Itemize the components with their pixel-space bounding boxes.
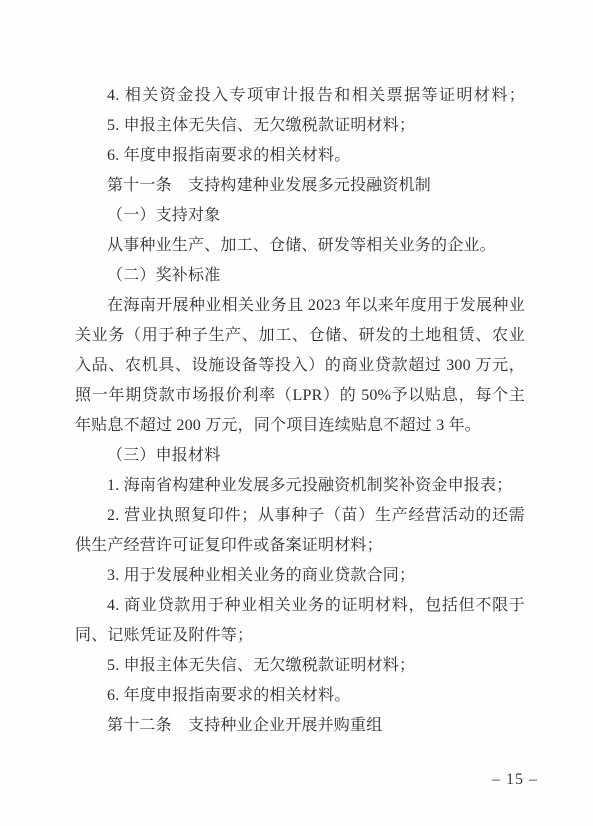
document-line: 同、记账凭证及附件等； bbox=[75, 621, 525, 651]
document-line: 在海南开展种业相关业务且 2023 年以来年度用于发展种业相 bbox=[75, 291, 525, 321]
subsection-1-heading: （一）支持对象 bbox=[75, 201, 525, 231]
document-line: 4. 相关资金投入专项审计报告和相关票据等证明材料； bbox=[75, 81, 525, 111]
document-line: 关业务（用于种子生产、加工、仓储、研发的土地租赁、农业投 bbox=[75, 321, 525, 351]
document-line: 4. 商业贷款用于种业相关业务的证明材料，包括但不限于合 bbox=[75, 591, 525, 621]
document-line: 2. 营业执照复印件；从事种子（苗）生产经营活动的还需提 bbox=[75, 501, 525, 531]
page-number: – 15 – bbox=[492, 771, 538, 789]
document-line: 5. 申报主体无失信、无欠缴税款证明材料； bbox=[75, 651, 525, 681]
document-line: 照一年期贷款市场报价利率（LPR）的 50%予以贴息，每个主体每 bbox=[75, 381, 525, 411]
subsection-2-heading: （二）奖补标准 bbox=[75, 261, 525, 291]
subsection-3-heading: （三）申报材料 bbox=[75, 441, 525, 471]
document-line: 3. 用于发展种业相关业务的商业贷款合同； bbox=[75, 561, 525, 591]
document-line: 入品、农机具、设施设备等投入）的商业贷款超过 300 万元，按 bbox=[75, 351, 525, 381]
document-line: 供生产经营许可证复印件或备案证明材料； bbox=[75, 531, 525, 561]
document-line: 年贴息不超过 200 万元，同个项目连续贴息不超过 3 年。 bbox=[75, 411, 525, 441]
document-text-block: 4. 相关资金投入专项审计报告和相关票据等证明材料； 5. 申报主体无失信、无欠… bbox=[75, 81, 525, 741]
document-line: 6. 年度申报指南要求的相关材料。 bbox=[75, 141, 525, 171]
article-11-heading: 第十一条 支持构建种业发展多元投融资机制 bbox=[75, 171, 525, 201]
document-line: 6. 年度申报指南要求的相关材料。 bbox=[75, 681, 525, 711]
document-line: 1. 海南省构建种业发展多元投融资机制奖补资金申报表； bbox=[75, 471, 525, 501]
document-page: 4. 相关资金投入专项审计报告和相关票据等证明材料； 5. 申报主体无失信、无欠… bbox=[0, 0, 593, 826]
article-12-heading: 第十二条 支持种业企业开展并购重组 bbox=[75, 711, 525, 741]
document-line: 5. 申报主体无失信、无欠缴税款证明材料； bbox=[75, 111, 525, 141]
document-line: 从事种业生产、加工、仓储、研发等相关业务的企业。 bbox=[75, 231, 525, 261]
